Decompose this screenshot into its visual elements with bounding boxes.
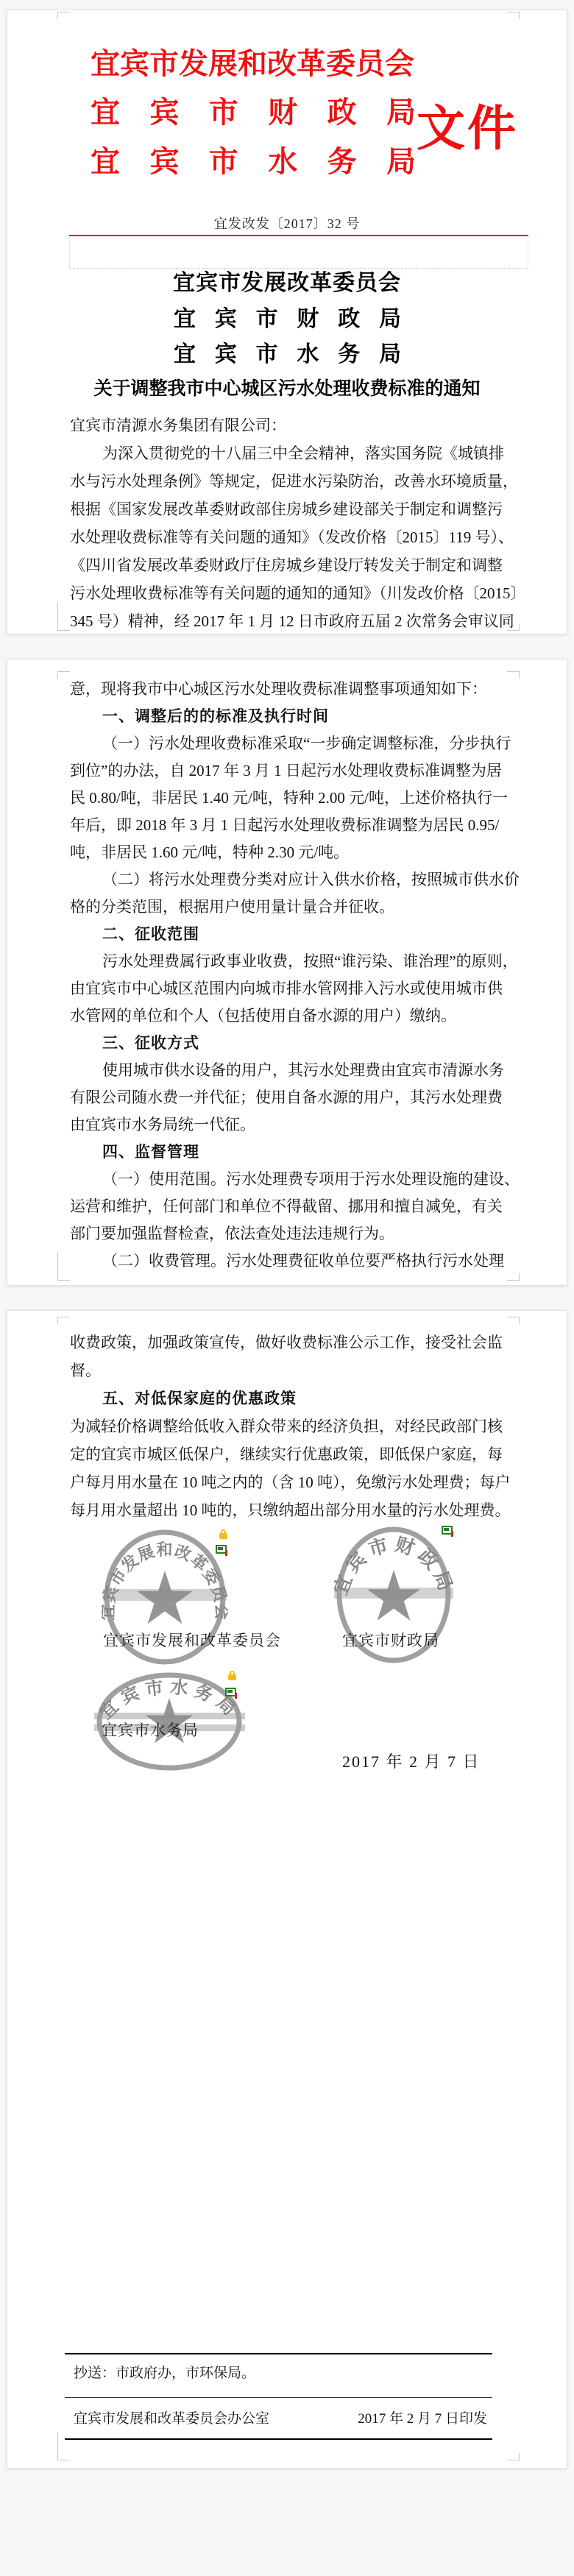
body-line: 一、调整后的的标准及执行时间: [70, 703, 519, 730]
body-line: 为减轻价格调整给低收入群众带来的经济负担，对经民政部门核: [70, 1412, 519, 1440]
body-line: 根据《国家发展改革委财政部住房城乡建设部关于制定和调整污: [70, 495, 519, 523]
body-line: 污水处理收费标准等有关问题的通知的通知》（川发改价格〔2015〕: [70, 579, 519, 607]
body-line: （一）污水处理收费标准采取“一步确定调整标准，分步执行: [70, 730, 519, 757]
print-date: 2017 年 2 月 7 日印发: [358, 2407, 487, 2427]
title-agency-1: 宜宾市发展改革委员会: [7, 272, 567, 295]
signature-stamp-icon: [225, 1688, 236, 1696]
body-line: 有限公司随水费一并代征；使用自备水源的用户，其污水处理费: [70, 1084, 519, 1111]
body-line: 345 号）精神，经 2017 年 1 月 12 日市政府五届 2 次常务会审议…: [70, 607, 519, 635]
seal-caption-fagaiwei: 宜宾市发展和改革委员会: [103, 1629, 281, 1651]
body-line: 运营和维护，任何部门和单位不得截留、挪用和擅自减免，有关: [70, 1193, 519, 1220]
seal-caption-caizhengju: 宜宾市财政局: [342, 1629, 439, 1651]
cc-line: 抄送：市政府办，市环保局。: [74, 2362, 255, 2382]
text-boundary-mark: [57, 1252, 70, 1281]
text-boundary-mark: [57, 1317, 70, 1324]
body-line: 民 0.80/吨，非居民 1.40 元/吨，特种 2.00 元/吨，上述价格执行…: [70, 785, 519, 812]
body-line: 督。: [70, 1356, 519, 1384]
title-agency-3: 宜 宾 市 水 务 局: [174, 343, 402, 367]
body-line: 到位”的办法，自 2017 年 3 月 1 日起污水处理收费标准调整为居: [70, 757, 519, 785]
body-line: 《四川省发展改革委财政厅住房城乡建设厅转发关于制定和调整: [70, 551, 519, 579]
letterhead-agency-2: 宜 宾 市 财 政 局: [91, 94, 416, 131]
text-boundary-mark: [507, 12, 520, 19]
seal-caption-shuiwuju: 宜宾市水务局: [102, 1719, 199, 1741]
text-boundary-mark: [57, 671, 70, 679]
body-line: 二、征收范围: [70, 921, 519, 948]
text-boundary-mark: [57, 2432, 70, 2460]
signature-date: 2017 年 2 月 7 日: [342, 1749, 481, 1772]
body-page-3: 收费政策，加强政策宣传，做好收费标准公示工作，接受社会监督。五、对低保家庭的优惠…: [70, 1328, 519, 1524]
footer-rule-bottom: [65, 2438, 492, 2440]
wenjian-label: 文件: [417, 93, 518, 166]
body-line: 为深入贯彻党的十八届三中全会精神，落实国务院《城镇排: [70, 439, 519, 467]
body-line: 吨，非居民 1.60 元/吨，特种 2.30 元/吨。: [70, 839, 519, 866]
body-line: 宜宾市清源水务集团有限公司：: [70, 411, 519, 439]
body-line: 污水处理费属行政事业收费，按照“谁污染、谁治理”的原则，: [70, 948, 519, 975]
body-line: 由宜宾市中心城区范围内向城市排水管网排入污水或使用城市供: [70, 975, 519, 1002]
body-line: 五、对低保家庭的优惠政策: [70, 1384, 519, 1412]
body-line: 水管网的单位和个人（包括使用自备水源的用户）缴纳。: [70, 1002, 519, 1030]
body-line: 三、征收方式: [70, 1030, 519, 1057]
empty-notice-frame: [69, 236, 528, 269]
body-page-1: 宜宾市清源水务集团有限公司：为深入贯彻党的十八届三中全会精神，落实国务院《城镇排…: [70, 411, 519, 635]
body-line: 每月用水量超出 10 吨的，只缴纳超出部分用水量的污水处理费。: [70, 1496, 519, 1524]
body-line: （一）使用范围。污水处理费专项用于污水处理设施的建设、: [70, 1166, 519, 1193]
body-line: 格的分类范围，根据用户使用量计量合并征收。: [70, 894, 519, 921]
document-subject-title: 关于调整我市中心城区污水处理收费标准的通知: [7, 374, 567, 400]
body-line: 收费政策，加强政策宣传，做好收费标准公示工作，接受社会监: [70, 1328, 519, 1356]
title-agency-2: 宜 宾 市 财 政 局: [174, 308, 402, 331]
page-2: 意，现将我市中心城区污水处理收费标准调整事项通知如下：一、调整后的的标准及执行时…: [7, 659, 567, 1286]
body-line: 四、监督管理: [70, 1139, 519, 1166]
body-line: 意，现将我市中心城区污水处理收费标准调整事项通知如下：: [70, 676, 519, 703]
document-scan-view: { "colors": {"header_red": "#ee1111", "r…: [0, 0, 574, 2576]
footer-rule-middle: [65, 2397, 492, 2398]
signature-stamp-icon: [442, 1526, 453, 1535]
body-line: 由宜宾市水务局统一代征。: [70, 1111, 519, 1139]
body-line: 户每月用水量在 10 吨之内的（含 10 吨），免缴污水处理费；每户: [70, 1468, 519, 1496]
footer-rule-top: [65, 2353, 492, 2354]
signature-lock-icon: [228, 1674, 236, 1680]
body-line: 定的宜宾市城区低保户，继续实行优惠政策，即低保户家庭，每: [70, 1440, 519, 1468]
body-line: 水与污水处理条例》等规定，促进水污染防治，改善水环境质量，: [70, 467, 519, 495]
body-page-2: 意，现将我市中心城区污水处理收费标准调整事项通知如下：一、调整后的的标准及执行时…: [70, 676, 519, 1275]
issuer-office: 宜宾市发展和改革委员会办公室: [74, 2407, 269, 2427]
body-line: （二）将污水处理费分类对应计入供水价格，按照城市供水价: [70, 866, 519, 894]
signature-lock-icon: [219, 1533, 227, 1539]
body-line: 年后，即 2018 年 3 月 1 日起污水处理收费标准调整为居民 0.95/: [70, 812, 519, 839]
text-boundary-mark: [507, 2453, 520, 2460]
letterhead-agency-3: 宜 宾 市 水 务 局: [91, 144, 416, 180]
text-boundary-mark: [507, 1317, 520, 1324]
page-1: 宜宾市发展和改革委员会 宜 宾 市 财 政 局 宜 宾 市 水 务 局 文件 宜…: [7, 10, 567, 634]
page-3: 收费政策，加强政策宣传，做好收费标准公示工作，接受社会监督。五、对低保家庭的优惠…: [7, 1310, 567, 2469]
body-line: （二）收费管理。污水处理费征收单位要严格执行污水处理: [70, 1248, 519, 1275]
footer-issue-row: 宜宾市发展和改革委员会办公室 2017 年 2 月 7 日印发: [74, 2407, 487, 2427]
letterhead-agency-1: 宜宾市发展和改革委员会: [91, 46, 416, 82]
body-line: 水处理收费标准等有关问题的通知》（发改价格〔2015〕119 号）、: [70, 523, 519, 551]
signature-stamp-icon: [216, 1545, 227, 1554]
body-line: 使用城市供水设备的用户，其污水处理费由宜宾市清源水务: [70, 1057, 519, 1084]
document-number: 宜发改发〔2017〕32 号: [7, 213, 567, 233]
text-boundary-mark: [57, 602, 70, 631]
text-boundary-mark: [57, 12, 70, 19]
body-line: 部门要加强监督检查，依法查处违法违规行为。: [70, 1220, 519, 1248]
